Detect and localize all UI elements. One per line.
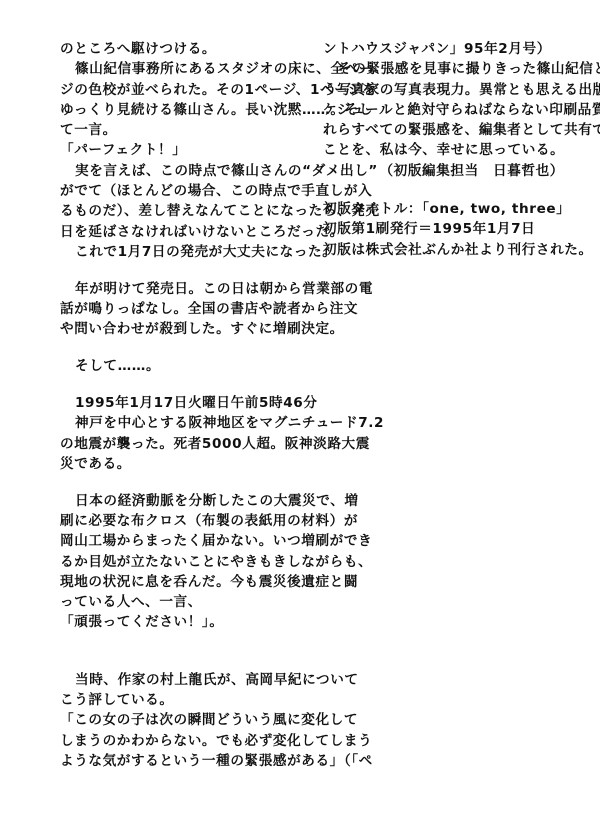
left-column: のところへ駆けつける。 篠山紀信事務所にあるスタジオの床に、全ペー ジの色校が並… [60, 39, 305, 771]
text-line: るものだ）、差し替えなんてことになったら、発売 [60, 201, 305, 221]
text-line: 篠山紀信事務所にあるスタジオの床に、全ペー [60, 59, 305, 79]
text-line: これで1月7日の発売が大丈夫になった。 [60, 242, 305, 262]
text-line: 当時、作家の村上龍氏が、高岡早紀について [60, 670, 305, 690]
text-line: その緊張感を見事に撮りきった篠山紀信とい [323, 59, 568, 79]
text-line: っている人へ、一言、 [60, 592, 305, 612]
editor-signature: （初版編集担当 日暮哲也） [323, 161, 568, 181]
quote-line: 「頑張ってください！」。 [60, 612, 305, 632]
text-line: 現地の状況に息を呑んだ。今も震災後遺症と闘 [60, 572, 305, 592]
paragraph-gap [60, 376, 305, 393]
paragraph-gap [60, 340, 305, 357]
text-line: う写真家の写真表現力。異常とも思える出版ス [323, 80, 568, 100]
text-line: がでて（ほとんどの場合、この時点で手直しが入 [60, 181, 305, 201]
text-line: 年が明けて発売日。この日は朝から営業部の電 [60, 279, 305, 299]
text-line: 日本の経済動脈を分断したこの大震災で、増 [60, 491, 305, 511]
text-line: や問い合わせが殺到した。すぐに増刷決定。 [60, 319, 305, 339]
text-line: ことを、私は今、幸せに思っている。 [323, 140, 568, 160]
text-line: 実を言えば、この時点で篠山さんの“ダメ出し” [60, 161, 305, 181]
text-line: 日を延ばさなければいけないところだった。 [60, 222, 305, 242]
paragraph-gap [60, 474, 305, 491]
colophon-publisher: 初版は株式会社ぶんか社より刊行された。 [323, 240, 568, 260]
colophon-first-print: 初版第1刷発行＝1995年1月7日 [323, 219, 568, 239]
text-line: 話が鳴りっぱなし。全国の書店や読者から注文 [60, 299, 305, 319]
text-line: ゆっくり見続ける篠山さん。長い沈黙……。そし [60, 100, 305, 120]
quote-line: 「この女の子は次の瞬間どういう風に変化して [60, 710, 305, 730]
text-line: るか目処が立たないことにやきもきしながらも、 [60, 552, 305, 572]
book-page: のところへ駆けつける。 篠山紀信事務所にあるスタジオの床に、全ペー ジの色校が並… [0, 0, 600, 818]
text-line: 刷に必要な布クロス（布製の表紙用の材料）が [60, 511, 305, 531]
paragraph-gap [60, 633, 305, 670]
text-line: ントハウスジャパン」95年2月号） [323, 39, 568, 59]
text-line: ジの色校が並べられた。その1ページ、1ページを [60, 80, 305, 100]
quote-line: ような気がするという一種の緊張感がある」（「ペ [60, 751, 305, 771]
text-line: こう評している。 [60, 690, 305, 710]
date-line: 1995年1月17日火曜日午前5時46分 [60, 393, 305, 413]
text-line: て一言。 [60, 120, 305, 140]
colophon-title: 初版タイトル：「one, two, three」 [323, 199, 568, 219]
text-line: 災である。 [60, 454, 305, 474]
right-column: ントハウスジャパン」95年2月号） その緊張感を見事に撮りきった篠山紀信とい う… [323, 39, 568, 260]
text-line: 神戸を中心とする阪神地区をマグニチュード7.2 [60, 413, 305, 433]
paragraph-gap [60, 262, 305, 279]
quote-line: 「パーフェクト！」 [60, 140, 305, 160]
text-line: 岡山工場からまったく届かない。いつ増刷ができ [60, 531, 305, 551]
text-line: の地震が襲った。死者5000人超。阪神淡路大震 [60, 434, 305, 454]
text-line: そして……。 [60, 356, 305, 376]
paragraph-gap [323, 181, 568, 199]
text-line: ケジュールと絶対守らねばならない印刷品質。そ [323, 100, 568, 120]
quote-line: しまうのかわからない。でも必ず変化してしまう [60, 731, 305, 751]
text-line: のところへ駆けつける。 [60, 39, 305, 59]
text-line: れらすべての緊張感を、編集者として共有できた [323, 120, 568, 140]
